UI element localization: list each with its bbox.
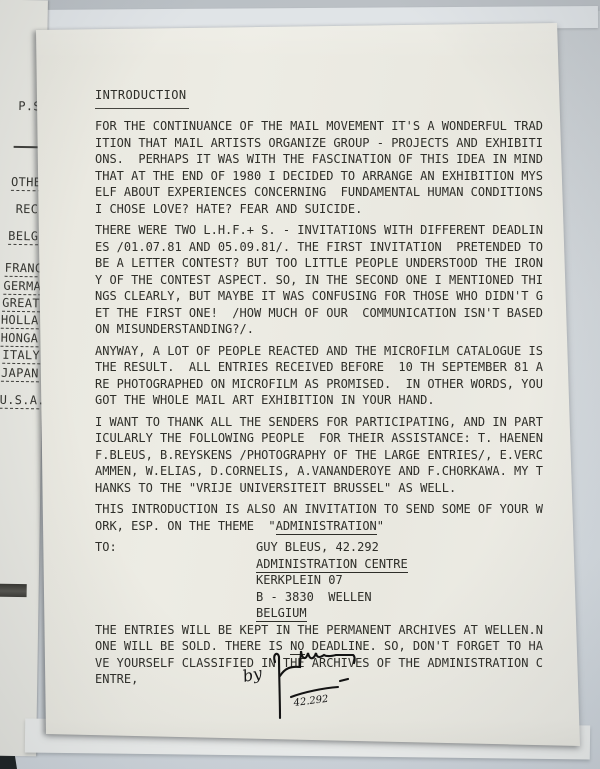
text-line: ANYWAY, A LOT OF PEOPLE REACTED AND THE … xyxy=(95,343,555,360)
document-body: FOR THE CONTINUANCE OF THE MAIL MOVEMENT… xyxy=(95,118,555,688)
letter-page-wrap: INTRODUCTION FOR THE CONTINUANCE OF THE … xyxy=(0,0,600,769)
text-line: NGS CLEARLY, BUT MAYBE IT WAS CONFUSING … xyxy=(95,288,555,305)
text-line: ET THE FIRST ONE! /HOW MUCH OF OUR COMMU… xyxy=(95,305,555,322)
text-line: I WANT TO THANK ALL THE SENDERS FOR PART… xyxy=(95,414,555,431)
paragraph-closing: THE ENTRIES WILL BE KEPT IN THE PERMANEN… xyxy=(95,622,555,688)
paragraph-thanks: I WANT TO THANK ALL THE SENDERS FOR PART… xyxy=(95,414,555,497)
paragraph-catalogue: ANYWAY, A LOT OF PEOPLE REACTED AND THE … xyxy=(95,343,555,409)
text-line: THERE WERE TWO L.H.F.+ S. - INVITATIONS … xyxy=(95,222,555,239)
address-centre: ADMINISTRATION CENTRE xyxy=(256,557,408,573)
paragraph-theme: THIS INTRODUCTION IS ALSO AN INVITATION … xyxy=(95,501,555,534)
address-block: TO:GUY BLEUS, 42.292 ADMINISTRATION CENT… xyxy=(95,539,555,622)
text-segment: " xyxy=(377,519,384,533)
text-line: HANKS TO THE "VRIJE UNIVERSITEIT BRUSSEL… xyxy=(95,480,555,497)
paragraph-continuance: FOR THE CONTINUANCE OF THE MAIL MOVEMENT… xyxy=(95,118,555,217)
address-row: KERKPLEIN 07 xyxy=(95,572,555,589)
text-line: THAT AT THE END OF 1980 I DECIDED TO ARR… xyxy=(95,168,555,185)
address-row: B - 3830 WELLEN xyxy=(95,589,555,606)
text-line: F.BLEUS, B.REYSKENS /PHOTOGRAPHY OF THE … xyxy=(95,447,555,464)
address-country: BELGIUM xyxy=(256,606,307,622)
text-line: GOT THE WHOLE MAIL ART EXHIBITION IN YOU… xyxy=(95,392,555,409)
text-line: ITION THAT MAIL ARTISTS ORGANIZE GROUP -… xyxy=(95,135,555,152)
letter-page: INTRODUCTION FOR THE CONTINUANCE OF THE … xyxy=(0,0,600,769)
text-line: ORK, ESP. ON THE THEME "ADMINISTRATION" xyxy=(95,518,555,535)
text-line: THE RESULT. ALL ENTRIES RECEIVED BEFORE … xyxy=(95,359,555,376)
title-underline xyxy=(95,108,189,110)
text-line: FOR THE CONTINUANCE OF THE MAIL MOVEMENT… xyxy=(95,118,555,135)
text-line: AMMEN, W.ELIAS, D.CORNELIS, A.VANANDEROY… xyxy=(95,463,555,480)
text-line: ENTRE, xyxy=(95,671,555,688)
text-line: ONS. PERHAPS IT WAS WITH THE FASCINATION… xyxy=(95,151,555,168)
text-line: BE A LETTER CONTEST? BUT TOO LITTLE PEOP… xyxy=(95,255,555,272)
text-line: ES /01.07.81 AND 05.09.81/. THE FIRST IN… xyxy=(95,239,555,256)
address-row: ADMINISTRATION CENTRE xyxy=(95,556,555,573)
text-line: ON MISUNDERSTANDING?/. xyxy=(95,321,555,338)
text-segment: ONE WILL BE SOLD. THERE IS xyxy=(95,639,290,653)
underlined-no-word: NO xyxy=(290,639,304,655)
text-line: RE PHOTOGRAPHED ON MICROFILM AS PROMISED… xyxy=(95,376,555,393)
signature-by-label: by xyxy=(241,663,265,686)
signature-number: 42.292 xyxy=(292,694,329,709)
handwritten-signature: by 42.292 xyxy=(228,640,398,735)
address-row: BELGIUM xyxy=(95,605,555,622)
text-line: THIS INTRODUCTION IS ALSO AN INVITATION … xyxy=(95,501,555,518)
address-city: B - 3830 WELLEN xyxy=(256,590,372,604)
text-line: ONE WILL BE SOLD. THERE IS NO DEADLINE. … xyxy=(95,638,555,655)
address-row: TO:GUY BLEUS, 42.292 xyxy=(95,539,555,556)
document-title: INTRODUCTION xyxy=(95,87,555,104)
text-line: ICULARLY THE FOLLOWING PEOPLE FOR THEIR … xyxy=(95,430,555,447)
text-line: I CHOSE LOVE? HATE? FEAR AND SUICIDE. xyxy=(95,201,555,218)
typed-document: INTRODUCTION FOR THE CONTINUANCE OF THE … xyxy=(95,87,555,688)
address-street: KERKPLEIN 07 xyxy=(256,573,343,587)
to-label: TO: xyxy=(95,539,256,556)
text-line: Y OF THE CONTEST ASPECT. SO, IN THE SECO… xyxy=(95,272,555,289)
text-line: VE YOURSELF CLASSIFIED IN THE ARCHIVES O… xyxy=(95,655,555,672)
address-name: GUY BLEUS, 42.292 xyxy=(256,540,379,554)
text-line: ELF ABOUT EXPERIENCES CONCERNING FUNDAME… xyxy=(95,184,555,201)
text-segment: ORK, ESP. ON THE THEME " xyxy=(95,519,276,533)
text-segment: DEADLINE. SO, DON'T FORGET TO HA xyxy=(305,639,543,653)
signature-scrawl xyxy=(274,651,354,718)
underlined-theme-word: ADMINISTRATION xyxy=(276,519,377,535)
paragraph-invitations: THERE WERE TWO L.H.F.+ S. - INVITATIONS … xyxy=(95,222,555,338)
text-line: THE ENTRIES WILL BE KEPT IN THE PERMANEN… xyxy=(95,622,555,639)
